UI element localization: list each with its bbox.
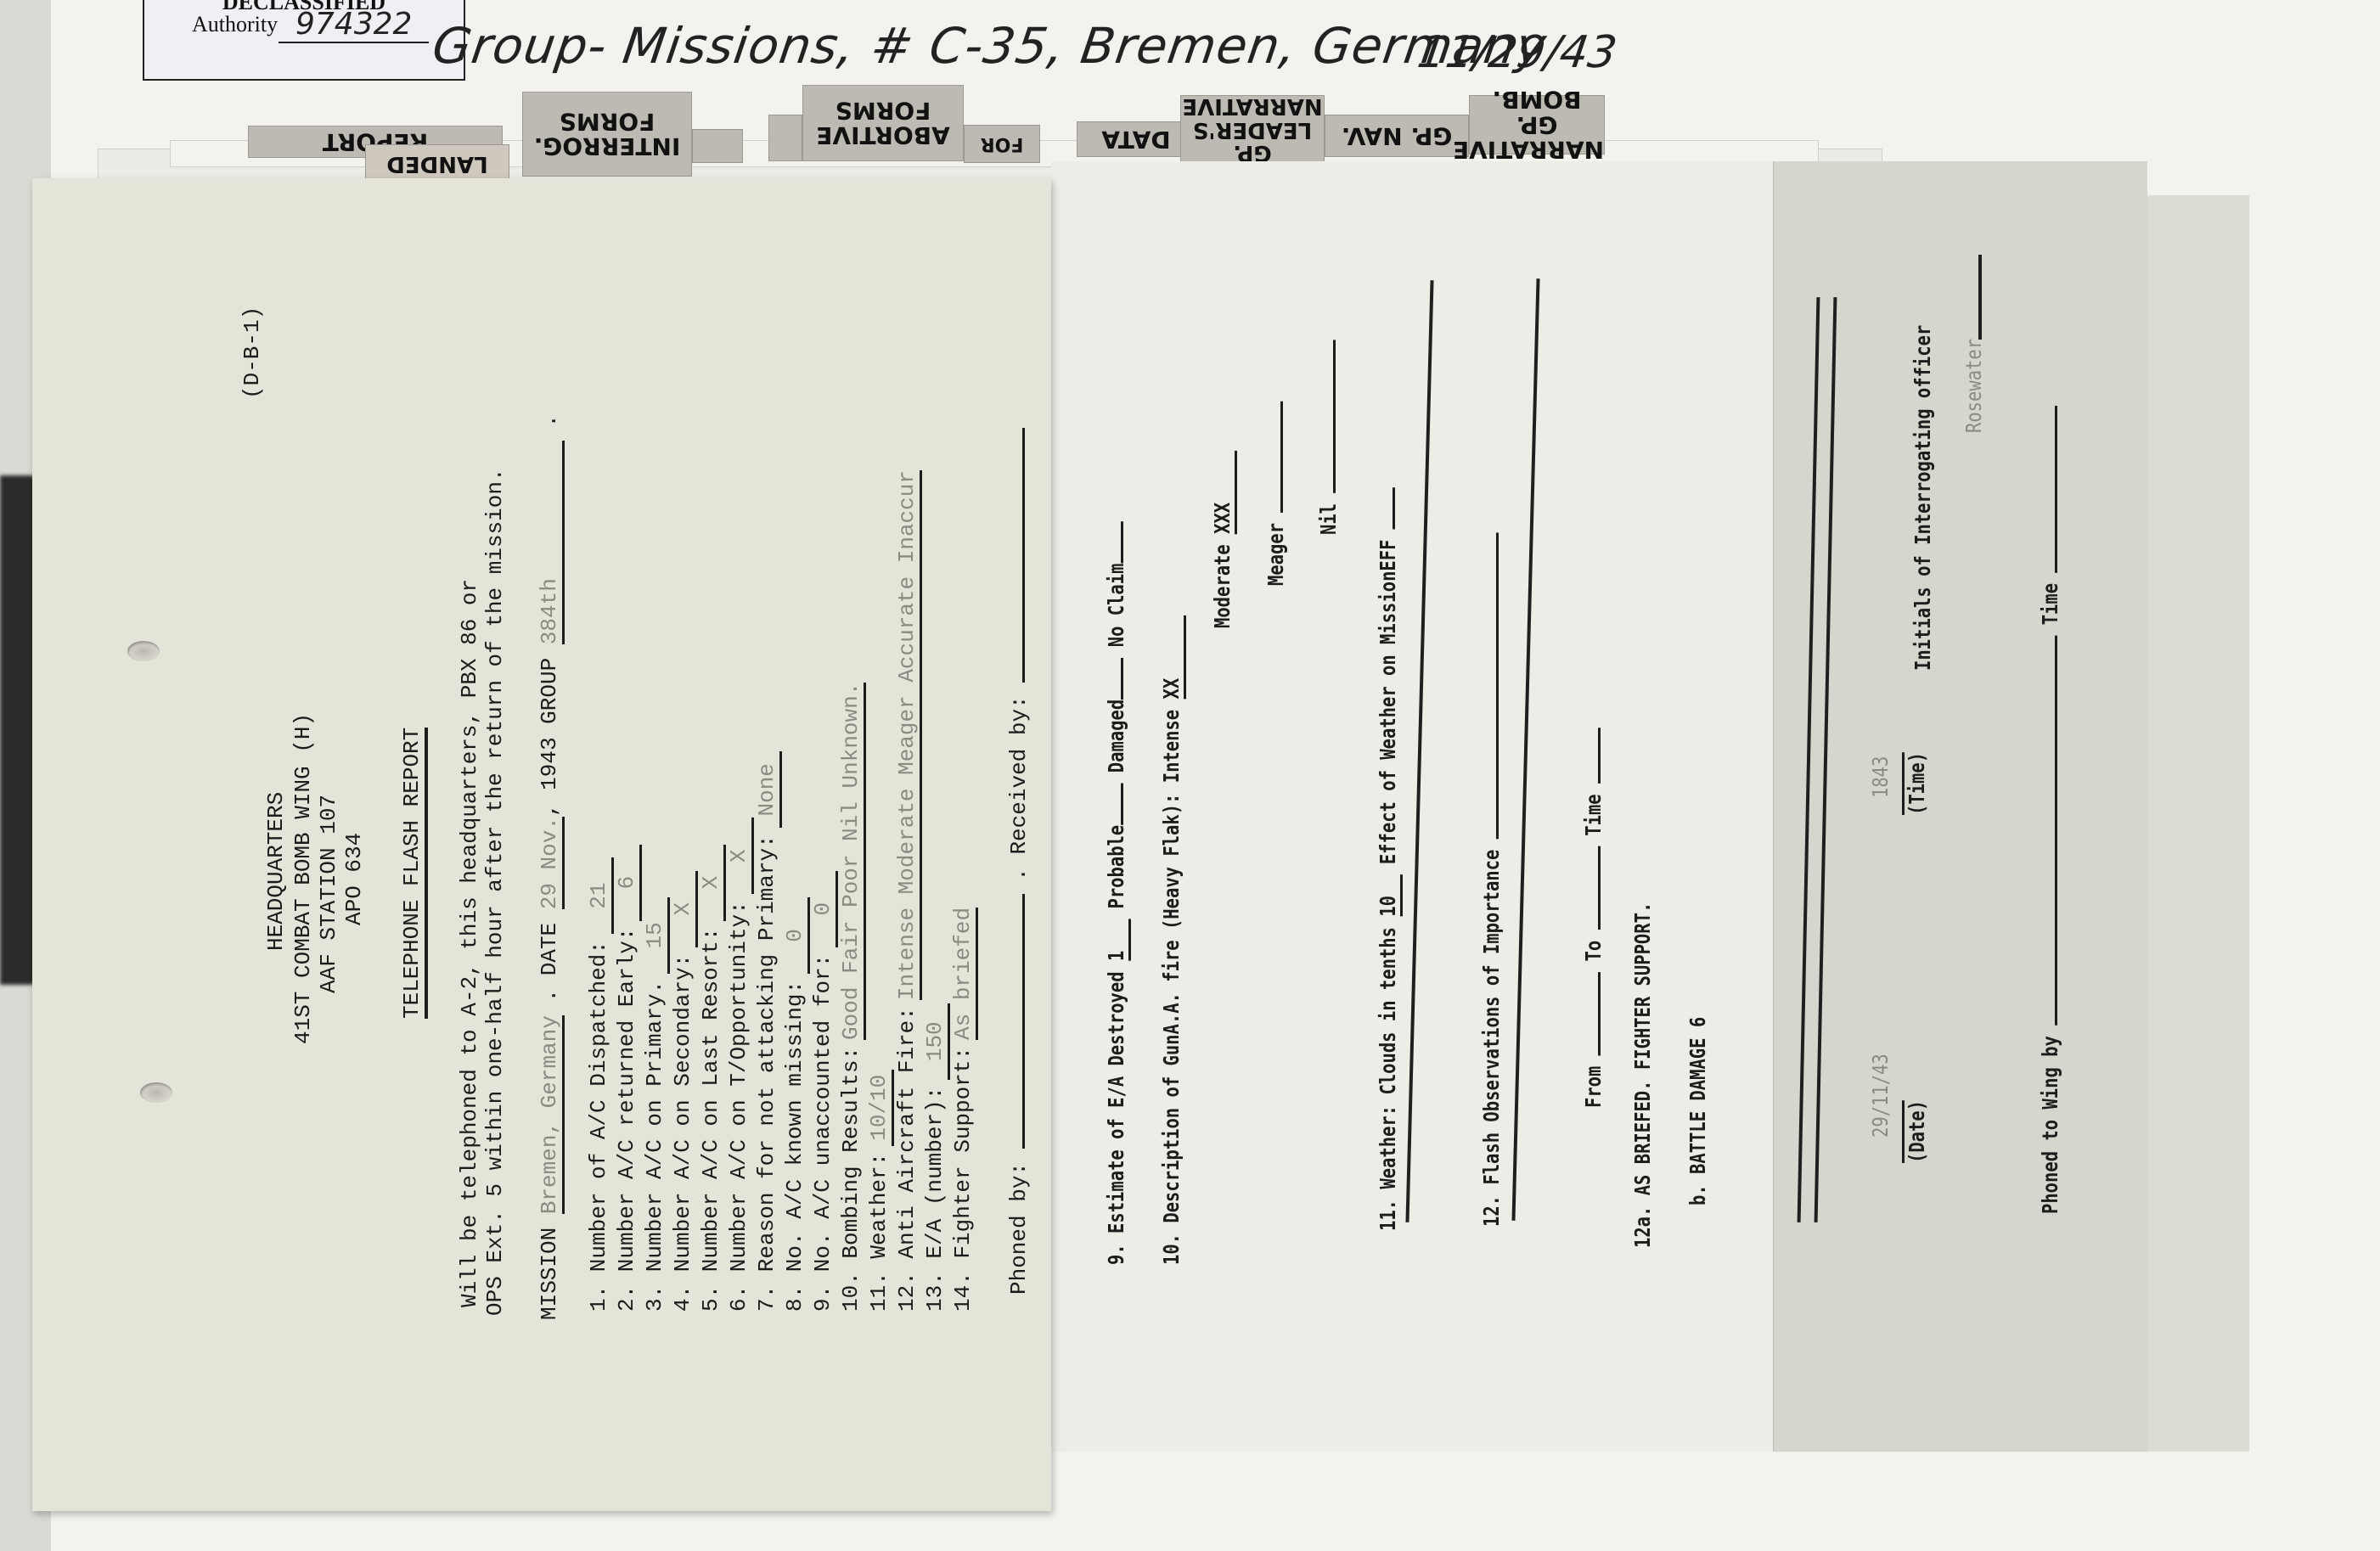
received-by-label: . Received by:: [1006, 695, 1032, 880]
header-line: 41ST COMBAT BOMB WING (H): [290, 713, 316, 1044]
form-item-label: 13. E/A (number):: [922, 1087, 948, 1312]
form-item: 2. Number A/C returned Early:6: [614, 845, 642, 1312]
date-label: (Date): [1902, 1100, 1929, 1163]
form-item-value: 150: [922, 1003, 950, 1080]
form-item-label: 9. No. A/C unaccounted for:: [810, 954, 836, 1312]
form-item-label: 8. No. A/C known missing:: [782, 981, 807, 1312]
form-item-label: 4. Number A/C on Secondary:: [670, 954, 695, 1312]
form-item-value: X: [698, 845, 726, 921]
form-item-label: 14. Fighter Support:: [950, 1047, 976, 1312]
punch-hole: [140, 1082, 172, 1103]
form-item-label: 10. Bombing Results:: [838, 1047, 864, 1312]
time-label: (Time): [1902, 752, 1929, 815]
tab-comb-for[interactable]: FOR: [964, 125, 1040, 163]
instructions-line: Will be telephoned to A-2, this headquar…: [457, 579, 482, 1307]
form-item-value: X: [726, 818, 754, 894]
phoned-wing-time-field[interactable]: [2055, 406, 2057, 573]
phoned-by-line: Phoned by: . Received by:: [1006, 428, 1032, 1295]
form-item: 11. Weather:10/10: [866, 1070, 894, 1312]
q12b-line: b. BATTLE DAMAGE 6: [1685, 1017, 1710, 1205]
q10-nil: Nil: [1316, 340, 1341, 535]
tab-landed[interactable]: LANDED: [365, 144, 509, 183]
form-title: TELEPHONE FLASH REPORT: [399, 728, 428, 1019]
initials-label: Initials of Interrogating officer: [1910, 325, 1935, 671]
punch-hole: [127, 641, 160, 661]
form-item-value: 21: [586, 857, 614, 934]
group-label: GROUP: [537, 658, 562, 724]
form-item-label: 2. Number A/C returned Early:: [614, 928, 639, 1312]
header-line: APO 634: [341, 833, 367, 925]
form-item-value: 10/10: [866, 1070, 894, 1146]
form-item-label: 7. Reason for not attacking Primary:: [754, 835, 779, 1312]
tab-abortive-forms[interactable]: ABORTIVEFORMS: [802, 85, 964, 161]
received-by-field[interactable]: [1022, 428, 1025, 683]
form-item: 10. Bombing Results:Good Fair Poor Nil U…: [838, 683, 866, 1312]
form-item: 13. E/A (number):150: [922, 1003, 950, 1312]
folder-label: Group- Missions, # C-35, Bremen, Germany: [429, 17, 1550, 75]
phoned-by-field[interactable]: [1022, 894, 1025, 1149]
intense-mark: XX: [1159, 615, 1186, 699]
third-page: [1773, 161, 2147, 1452]
form-item: 12. Anti Aircraft Fire:Intense Moderate …: [894, 470, 922, 1312]
tab-gp-leaders-narrative[interactable]: GP. LEADER'SNARRATIVE: [1180, 95, 1325, 163]
q10-moderate: Moderate XXX: [1210, 451, 1237, 628]
tab-gp-nav-narrative[interactable]: GP. NAV.: [1325, 115, 1469, 157]
q12a-line: 12a. AS BRIEFED. FIGHTER SUPPORT.: [1630, 902, 1655, 1248]
form-item-label: 3. Number A/C on Primary.: [642, 981, 667, 1312]
form-item: 14. Fighter Support:As briefed: [950, 908, 978, 1312]
form-item: 9. No. A/C unaccounted for:0: [810, 871, 838, 1312]
q12-line: 12. Flash Observations of Importance: [1479, 533, 1504, 1227]
mission-value: Bremen, Germany: [537, 1015, 565, 1214]
form-item: 3. Number A/C on Primary.15: [642, 897, 670, 1312]
form-item-value: X: [670, 871, 698, 947]
form-item: 4. Number A/C on Secondary:X: [670, 871, 698, 1312]
phoned-wing-line: Phoned to Wing by Time: [2038, 406, 2062, 1214]
q10-line: 10. Description of GunA.A. fire (Heavy F…: [1159, 615, 1186, 1265]
group-value: 384th: [537, 441, 565, 644]
form-item-value: Intense Moderate Meager Accurate Inaccur: [894, 470, 922, 1000]
q11-line: 11. Weather: Clouds in tenths 10 Effect …: [1376, 487, 1403, 1231]
form-item: 1. Number of A/C Dispatched:21: [586, 857, 614, 1312]
form-item-value: 6: [614, 845, 642, 921]
q9-line: 9. Estimate of E/A Destroyed 1 Probable …: [1104, 521, 1131, 1265]
mission-line: MISSION Bremen, Germany . DATE 29 Nov., …: [537, 414, 565, 1320]
initials-line: [1978, 255, 1982, 340]
form-item-label: 1. Number of A/C Dispatched:: [586, 941, 611, 1312]
mission-label: MISSION: [537, 1228, 562, 1320]
form-item-label: 6. Number A/C on T/Opportunity:: [726, 901, 751, 1312]
form-item-value: Good Fair Poor Nil Unknown.: [838, 683, 866, 1040]
header-line: HEADQUARTERS: [263, 792, 289, 951]
form-item-value: 0: [782, 897, 810, 974]
form-item: 8. No. A/C known missing:0: [782, 897, 810, 1312]
back-page-edge: [2147, 195, 2249, 1452]
stamp-authority-number: 974322: [279, 7, 429, 43]
declassified-stamp: DECLASSIFIED Authority 974322: [143, 0, 465, 81]
form-item-value: As briefed: [950, 908, 978, 1040]
q10-meager: Meager: [1263, 401, 1288, 586]
form-item: 7. Reason for not attacking Primary:None: [754, 751, 782, 1312]
from-to-line: From To Time: [1581, 728, 1606, 1108]
tab-data[interactable]: DATA: [1077, 121, 1196, 157]
form-item: 6. Number A/C on T/Opportunity:X: [726, 818, 754, 1312]
phoned-by-label: Phoned by:: [1006, 1162, 1032, 1295]
date-label: DATE: [537, 923, 562, 975]
interrogation-time: 1843: [1868, 756, 1893, 798]
tab-gp-bomb-narrative[interactable]: NARRATIVEGP. BOMB.: [1469, 95, 1605, 155]
phoned-wing-field[interactable]: [2055, 636, 2057, 1026]
tab-fragment[interactable]: [768, 115, 802, 161]
form-item-value: 0: [810, 871, 838, 947]
destroyed-value: 1: [1104, 919, 1131, 961]
folder-label-date: 11/29/43: [1415, 27, 1620, 78]
form-item-value: None: [754, 751, 782, 828]
interrogation-date: 29/11/43: [1868, 1054, 1893, 1138]
tab-interrog-forms[interactable]: INTERROG.FORMS: [522, 92, 692, 177]
instructions-line: OPS Ext. 5 within one-half hour after th…: [482, 468, 508, 1316]
form-item-label: 5. Number A/C on Last Resort:: [698, 928, 723, 1312]
year-value: , 1943: [537, 737, 562, 817]
initials-value: Rosewater: [1961, 339, 1986, 433]
header-line: AAF STATION 107: [316, 795, 341, 993]
stamp-authority-label: Authority: [192, 12, 278, 37]
form-code: (D-B-1): [239, 306, 265, 399]
form-item-label: 11. Weather:: [866, 1153, 892, 1312]
form-item-label: 12. Anti Aircraft Fire:: [894, 1007, 920, 1312]
tab-fragment[interactable]: [692, 129, 743, 163]
form-item: 5. Number A/C on Last Resort:X: [698, 845, 726, 1312]
date-value: 29 Nov.: [537, 817, 565, 909]
form-item-value: 15: [642, 897, 670, 974]
